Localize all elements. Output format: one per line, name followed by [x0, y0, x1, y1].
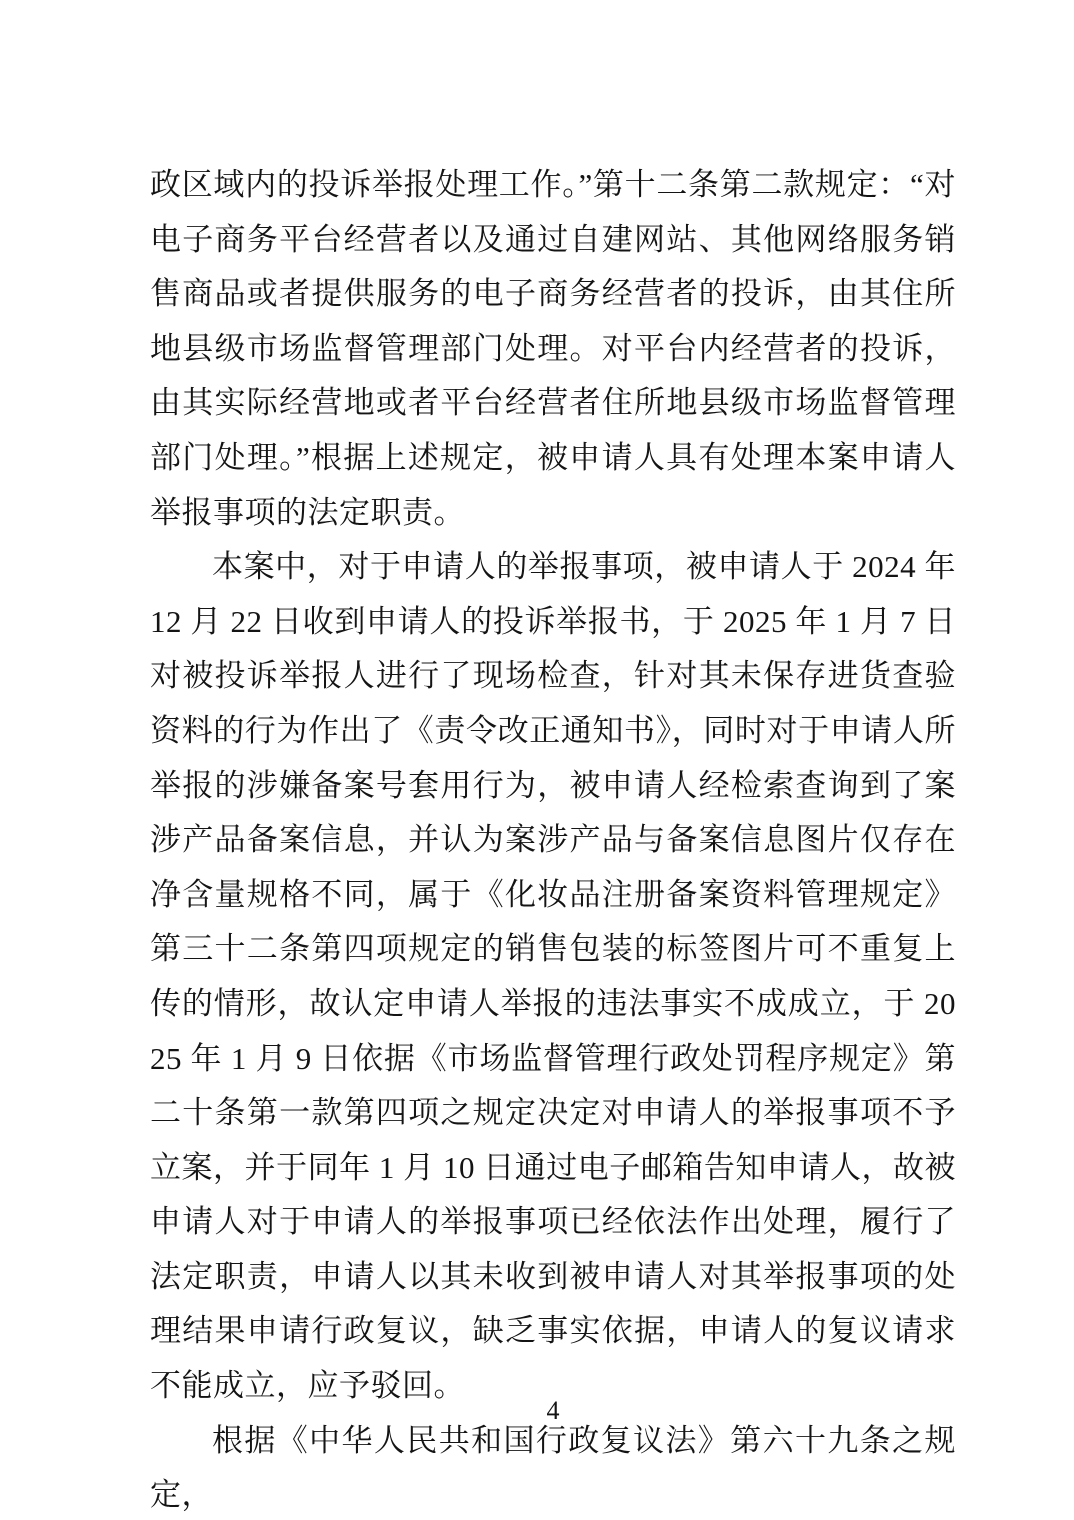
paragraph-decision-intro: 根据《中华人民共和国行政复议法》第六十九条之规定，: [150, 1414, 956, 1520]
paragraph-case-facts: 本案中，对于申请人的举报事项，被申请人于 2024 年 12 月 22 日收到申…: [150, 540, 956, 1414]
document-body: 政区域内的投诉举报处理工作。”第十二条第二款规定：“对电子商务平台经营者以及通过…: [150, 158, 956, 1520]
document-page: 政区域内的投诉举报处理工作。”第十二条第二款规定：“对电子商务平台经营者以及通过…: [0, 0, 1074, 1520]
paragraph-legal-basis: 政区域内的投诉举报处理工作。”第十二条第二款规定：“对电子商务平台经营者以及通过…: [150, 158, 956, 540]
page-number: 4: [150, 1396, 956, 1426]
